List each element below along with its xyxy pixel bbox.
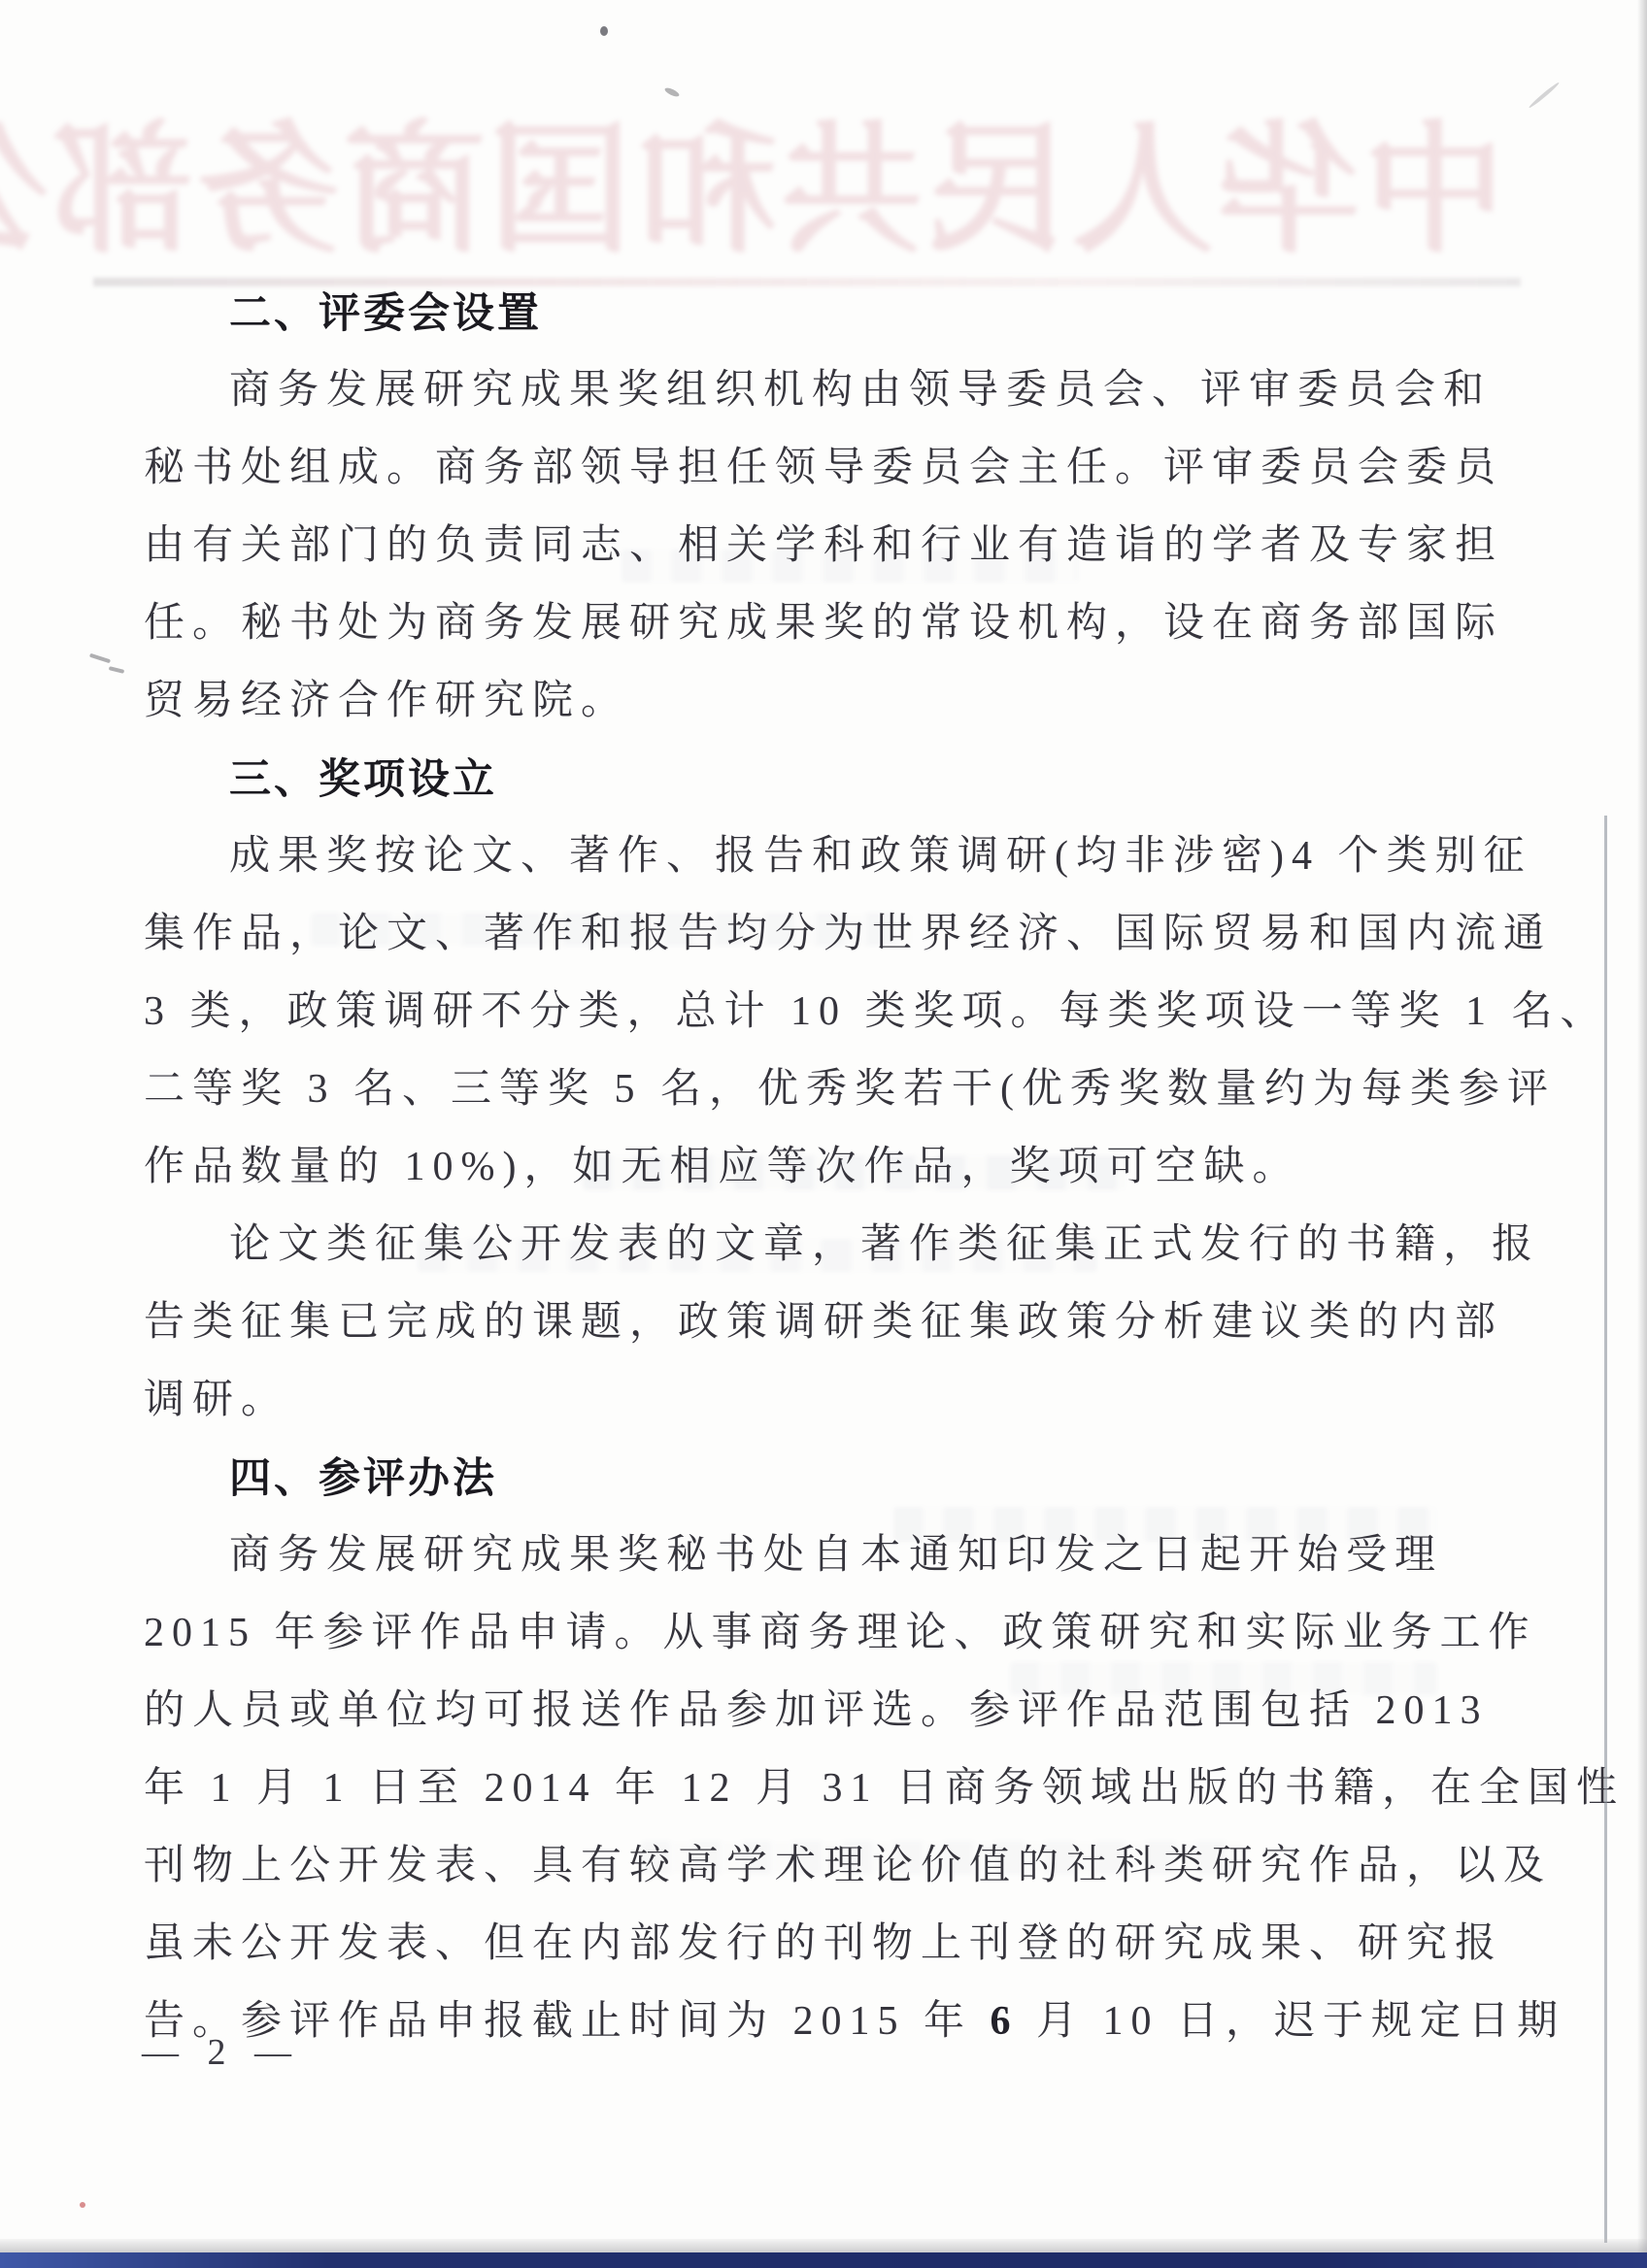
- body-line-fragment: 月 10 日，迟于规定日期: [1019, 1999, 1566, 2044]
- body-line: 3 类，政策调研不分类，总计 10 类奖项。每类奖项设一等奖 1 名、: [144, 990, 1494, 1068]
- section-heading: 四、参评办法: [144, 1456, 1494, 1534]
- scan-bottom-dark-band: [0, 2252, 1647, 2268]
- section-heading: 三、奖项设立: [144, 757, 1494, 835]
- body-line: 商务发展研究成果奖秘书处自本通知印发之日起开始受理: [144, 1534, 1494, 1612]
- text-flow: 二、评委会设置商务发展研究成果奖组织机构由领导委员会、评审委员会和秘书处组成。商…: [144, 291, 1494, 2078]
- body-line: 虽未公开发表、但在内部发行的刊物上刊登的研究成果、研究报: [144, 1922, 1494, 2000]
- scan-scratch: [1528, 82, 1560, 110]
- body-line: 由有关部门的负责同志、相关学科和行业有造诣的学者及专家担: [144, 524, 1494, 602]
- body-line: 任。秘书处为商务发展研究成果奖的常设机构，设在商务部国际: [144, 602, 1494, 680]
- body-line: 的人员或单位均可报送作品参加评选。参评作品范围包括 2013: [144, 1689, 1494, 1767]
- page-edge-line: [1604, 816, 1607, 2243]
- scan-speck: [600, 26, 608, 36]
- section-heading: 二、评委会设置: [144, 291, 1494, 369]
- body-line: 商务发展研究成果奖组织机构由领导委员会、评审委员会和: [144, 369, 1494, 447]
- body-line-bold-fragment: 6: [991, 1999, 1019, 2044]
- scan-speck-red: [80, 2202, 85, 2208]
- body-line: 成果奖按论文、著作、报告和政策调研(均非涉密)4 个类别征: [144, 835, 1494, 913]
- page-edge-shadow: [1637, 0, 1647, 2268]
- bleedthrough-title: 中华人民共和国商务部公告: [146, 76, 1505, 280]
- body-line: 告。参评作品申报截止时间为 2015 年 6 月 10 日，迟于规定日期: [144, 2000, 1494, 2078]
- body-line: 调研。: [144, 1379, 1494, 1456]
- body-line: 贸易经济合作研究院。: [144, 680, 1494, 757]
- body-line: 刊物上公开发表、具有较高学术理论价值的社科类研究作品，以及: [144, 1845, 1494, 1922]
- margin-pencil-mark: [89, 653, 111, 664]
- scanned-document-page: 中华人民共和国商务部公告 二、评委会设置商务发展研究成果奖组织机构由领导委员会、…: [0, 0, 1647, 2268]
- page-number: — 2 —: [142, 2031, 301, 2074]
- body-line: 集作品，论文、著作和报告均分为世界经济、国际贸易和国内流通: [144, 913, 1494, 990]
- body-line: 2015 年参评作品申请。从事商务理论、政策研究和实际业务工作: [144, 1612, 1494, 1689]
- body-line: 作品数量的 10%)，如无相应等次作品，奖项可空缺。: [144, 1146, 1494, 1223]
- margin-pencil-mark: [109, 666, 124, 674]
- body-line: 年 1 月 1 日至 2014 年 12 月 31 日商务领域出版的书籍，在全国…: [144, 1767, 1494, 1845]
- body-line: 论文类征集公开发表的文章，著作类征集正式发行的书籍，报: [144, 1223, 1494, 1301]
- body-line: 告类征集已完成的课题，政策调研类征集政策分析建议类的内部: [144, 1301, 1494, 1379]
- scan-bottom-gray-band: [0, 2239, 1647, 2252]
- bleedthrough-streak: [93, 278, 1521, 286]
- body-line: 二等奖 3 名、三等奖 5 名，优秀奖若干(优秀奖数量约为每类参评: [144, 1068, 1494, 1146]
- body-line: 秘书处组成。商务部领导担任领导委员会主任。评审委员会委员: [144, 447, 1494, 524]
